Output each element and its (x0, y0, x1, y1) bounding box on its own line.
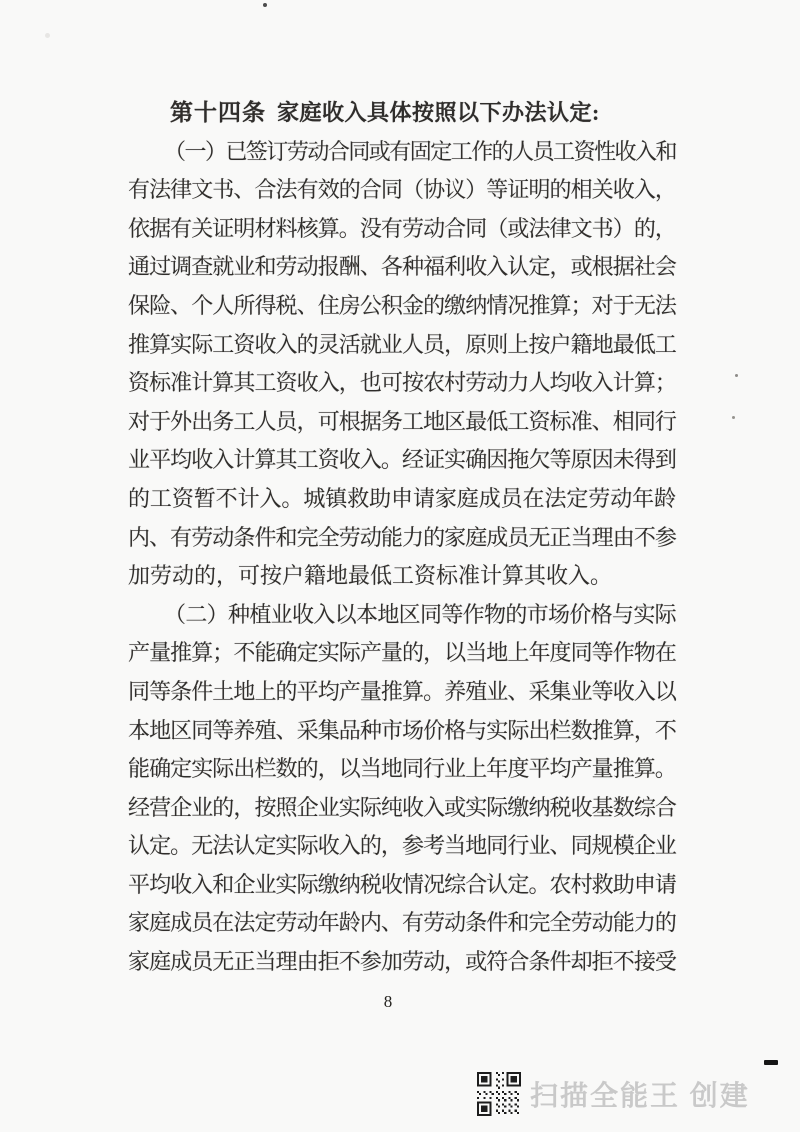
text-line: 保险、个人所得税、住房公积金的缴纳情况推算；对于无法 (128, 287, 676, 326)
text-line: （二）种植业收入以本地区同等作物的市场价格与实际 (128, 596, 676, 635)
text-line: 业平均收入计算其工资收入。经证实确因拖欠等原因未得到 (128, 441, 676, 480)
text-line: 第十四条家庭收入具体按照以下办法认定: (128, 94, 676, 133)
text-line: （一）已签订劳动合同或有固定工作的人员工资性收入和 (128, 133, 676, 172)
qr-code-icon (477, 1072, 521, 1116)
text-line: 的工资暂不计入。城镇救助申请家庭成员在法定劳动年龄 (128, 480, 676, 519)
text-line: 同等条件土地上的平均产量推算。养殖业、采集业等收入以 (128, 673, 676, 712)
text-line: 加劳动的，可按户籍地最低工资标准计算其收入。 (128, 557, 676, 596)
scan-speck (263, 3, 267, 7)
text-line: 内、有劳动条件和完全劳动能力的家庭成员无正当理由不参 (128, 519, 676, 558)
text-line: 本地区同等养殖、采集品种市场价格与实际出栏数推算，不 (128, 712, 676, 751)
text-line: 有法律文书、合法有效的合同（协议）等证明的相关收入， (128, 171, 676, 210)
text-line: 能确定实际出栏数的，以当地同行业上年度平均产量推算。 (128, 750, 676, 789)
scanner-watermark: 扫描全能王 创建 (477, 1072, 750, 1116)
text-line: 依据有关证明材料核算。没有劳动合同（或法律文书）的， (128, 210, 676, 249)
page-number: 8 (370, 992, 406, 1012)
text-line: 经营企业的，按照企业实际纯收入或实际缴纳税收基数综合 (128, 789, 676, 828)
text-line: 资标准计算其工资收入，也可按农村劳动力人均收入计算； (128, 364, 676, 403)
text-line: 家庭成员在法定劳动年龄内、有劳动条件和完全劳动能力的 (128, 904, 676, 943)
scan-speck (732, 416, 735, 419)
text-line: 家庭成员无正当理由拒不参加劳动，或符合条件却拒不接受 (128, 943, 676, 982)
scanned-document-page: 第十四条家庭收入具体按照以下办法认定:（一）已签订劳动合同或有固定工作的人员工资… (0, 0, 800, 1132)
text-line: 认定。无法认定实际收入的，参考当地同行业、同规模企业 (128, 827, 676, 866)
text-line: 通过调查就业和劳动报酬、各种福利收入认定，或根据社会 (128, 248, 676, 287)
text-line: 产量推算；不能确定实际产量的，以当地上年度同等作物在 (128, 634, 676, 673)
scan-speck (45, 33, 50, 38)
body-text: 第十四条家庭收入具体按照以下办法认定:（一）已签订劳动合同或有固定工作的人员工资… (128, 94, 676, 982)
watermark-text: 扫描全能王 创建 (530, 1074, 750, 1114)
text-line: 对于外出务工人员，可根据务工地区最低工资标准、相同行 (128, 403, 676, 442)
text-line: 平均收入和企业实际缴纳税收情况综合认定。农村救助申请 (128, 866, 676, 905)
text-line: 推算实际工资收入的灵活就业人员，原则上按户籍地最低工 (128, 326, 676, 365)
scan-artifact-dash (764, 1060, 778, 1065)
scan-speck (735, 374, 738, 377)
